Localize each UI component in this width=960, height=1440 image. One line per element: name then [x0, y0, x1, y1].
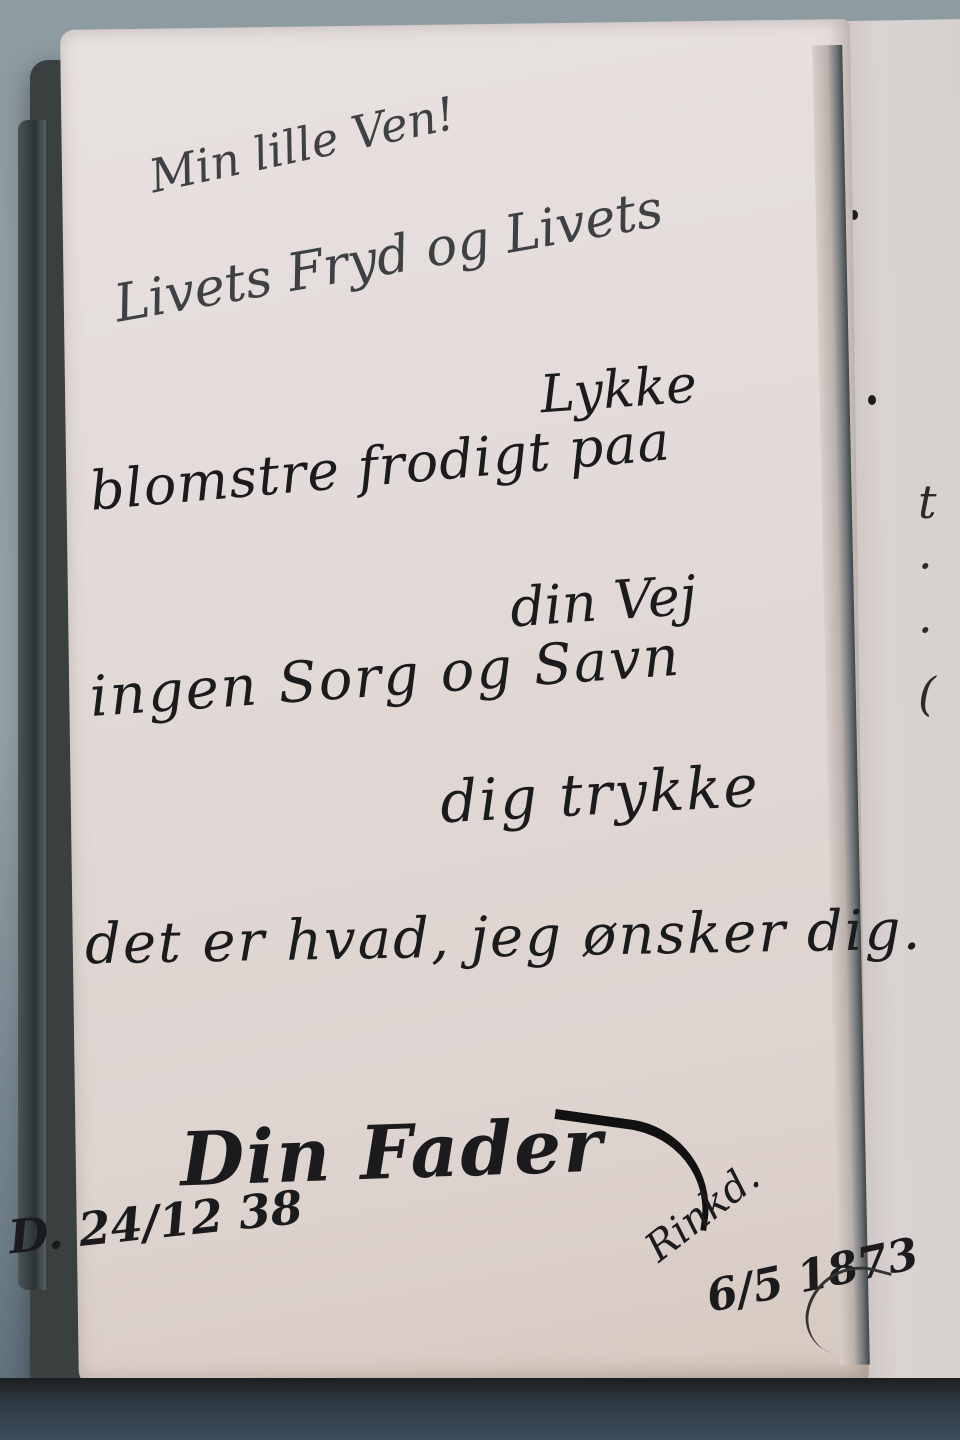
right-page-partial-handwriting: t · · ( — [918, 470, 937, 726]
book-spine-edge — [18, 120, 46, 1290]
binding-stitch — [868, 395, 876, 405]
book-bottom-edge-shadow — [0, 1378, 960, 1440]
